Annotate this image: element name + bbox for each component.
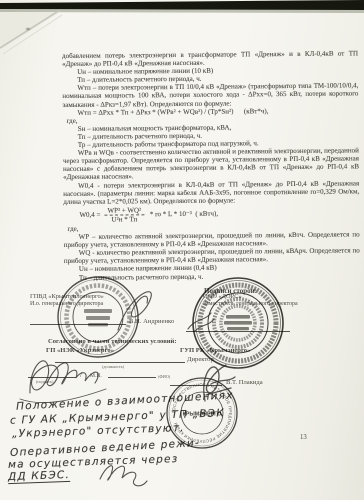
signature-scribble-director [204, 365, 235, 401]
signature-scribble-handwritten-note [100, 466, 147, 486]
scanned-document-page: добавлением потерь электроэнергии в тран… [0, 0, 364, 500]
signature-scribble-right-party [188, 313, 214, 331]
signature-underline-flourish [20, 389, 106, 403]
signature-scribble-left-party [118, 292, 151, 330]
signature-scribbles-layer [0, 0, 364, 500]
signature-scribble-ukrenergo [30, 361, 98, 393]
